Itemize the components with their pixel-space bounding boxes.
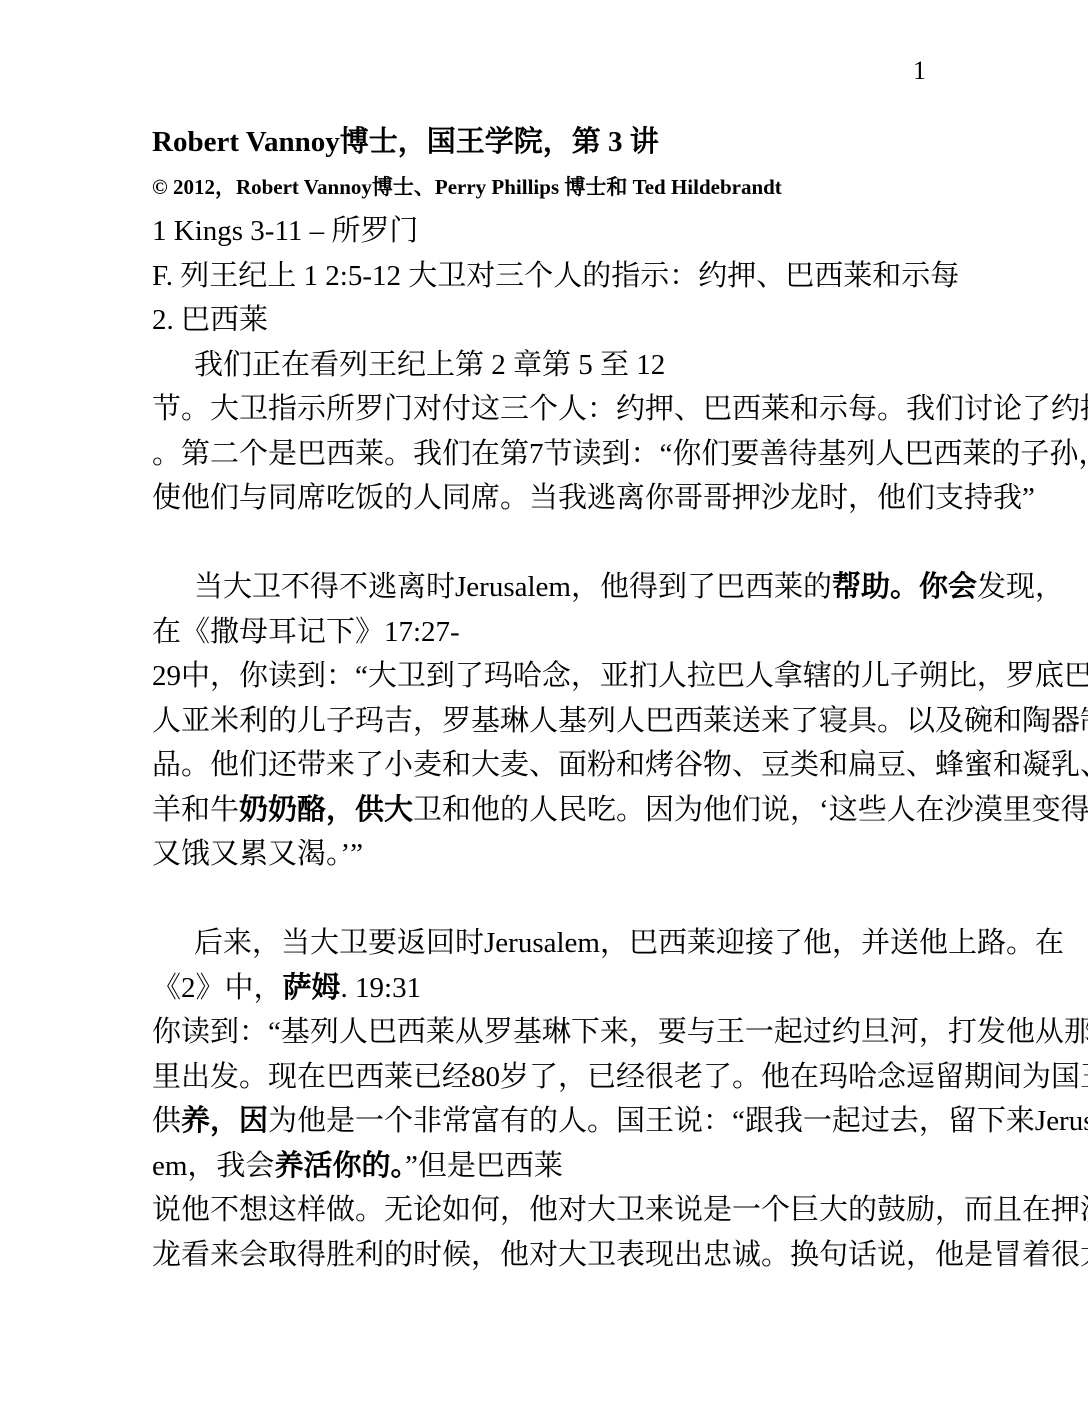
text-run: F. 列王纪上 1 2:5-12 大卫对三个人的指示：约押、巴西莱和示每 xyxy=(152,260,959,292)
text-line: 节。大卫指示所罗门对付这三个人：约押、巴西莱和示每。我们讨论了约押 xyxy=(152,387,932,432)
text-run: 品。他们还带来了小麦和大麦、面粉和烤谷物、豆类和扁豆、蜂蜜和凝乳、 xyxy=(152,749,1088,781)
text-run-bold: 养活你的。 xyxy=(274,1150,405,1182)
text-line: 使他们与同席吃饭的人同席。当我逃离你哥哥押沙龙时，他们支持我” xyxy=(152,476,932,521)
text-line: 《2》中，萨姆. 19:31 xyxy=(152,966,932,1011)
text-run: 人亚米利的儿子玛吉，罗基琳人基列人巴西莱送来了寝具。以及碗和陶器制 xyxy=(152,705,1088,737)
text-run: 我们正在看列王纪上第 2 章第 5 至 12 xyxy=(194,349,665,381)
text-line: 。第二个是巴西莱。我们在第7节读到：“你们要善待基列人巴西莱的子孙， xyxy=(152,432,932,477)
text-run: 供 xyxy=(152,1105,181,1137)
text-line: 后来，当大卫要返回时Jerusalem，巴西莱迎接了他，并送他上路。在 xyxy=(152,921,932,966)
text-run: 1 Kings 3-11 – 所罗门 xyxy=(152,215,418,247)
text-line: 供养，因为他是一个非常富有的人。国王说：“跟我一起过去，留下来Jerusal xyxy=(152,1099,932,1144)
document-page: 1 Robert Vannoy博士，国王学院，第 3 讲© 2012，Rober… xyxy=(0,0,1088,1408)
text-run-bold: © 2012，Robert Vannoy博士、Perry Phillips 博士… xyxy=(152,175,782,199)
text-line: © 2012，Robert Vannoy博士、Perry Phillips 博士… xyxy=(152,165,932,210)
text-run-bold: 萨姆 xyxy=(283,972,341,1004)
text-run: 节。大卫指示所罗门对付这三个人：约押、巴西莱和示每。我们讨论了约押 xyxy=(152,393,1088,425)
text-run: 说他不想这样做。无论如何，他对大卫来说是一个巨大的鼓励，而且在押沙 xyxy=(152,1194,1088,1226)
text-line: em，我会养活你的。”但是巴西莱 xyxy=(152,1144,932,1189)
text-run: 在《撒母耳记下》17:27- xyxy=(152,616,460,648)
text-line: 我们正在看列王纪上第 2 章第 5 至 12 xyxy=(152,343,932,388)
text-run: 2. 巴西莱 xyxy=(152,304,268,336)
text-line: 说他不想这样做。无论如何，他对大卫来说是一个巨大的鼓励，而且在押沙 xyxy=(152,1188,932,1233)
text-run: . 19:31 xyxy=(341,972,422,1004)
text-line: 人亚米利的儿子玛吉，罗基琳人基列人巴西莱送来了寝具。以及碗和陶器制 xyxy=(152,699,932,744)
text-line: 2. 巴西莱 xyxy=(152,298,932,343)
text-run: 里出发。现在巴西莱已经80岁了，已经很老了。他在玛哈念逗留期间为国王 xyxy=(152,1061,1088,1093)
text-run: 使他们与同席吃饭的人同席。当我逃离你哥哥押沙龙时，他们支持我” xyxy=(152,482,1035,514)
text-run: 为他是一个非常富有的人。国王说：“跟我一起过去，留下来Jerusal xyxy=(268,1105,1088,1137)
text-run: 羊和牛 xyxy=(152,794,239,826)
text-line: 品。他们还带来了小麦和大麦、面粉和烤谷物、豆类和扁豆、蜂蜜和凝乳、 xyxy=(152,743,932,788)
blank-line xyxy=(152,521,932,566)
text-line: 龙看来会取得胜利的时候，他对大卫表现出忠诚。换句话说，他是冒着很大 xyxy=(152,1233,932,1278)
text-line: 里出发。现在巴西莱已经80岁了，已经很老了。他在玛哈念逗留期间为国王 xyxy=(152,1055,932,1100)
text-line: 1 Kings 3-11 – 所罗门 xyxy=(152,209,932,254)
text-line: 又饿又累又渴。’” xyxy=(152,832,932,877)
text-line: 当大卫不得不逃离时Jerusalem，他得到了巴西莱的帮助。你会发现， xyxy=(152,565,932,610)
text-run: 又饿又累又渴。’” xyxy=(152,838,363,870)
document-body: Robert Vannoy博士，国王学院，第 3 讲© 2012，Robert … xyxy=(152,120,932,1277)
text-run-bold: 奶奶酪，供大 xyxy=(239,794,413,826)
text-line: F. 列王纪上 1 2:5-12 大卫对三个人的指示：约押、巴西莱和示每 xyxy=(152,254,932,299)
text-run: 卫和他的人民吃。因为他们说，‘这些人在沙漠里变得 xyxy=(413,794,1088,826)
text-line: 你读到：“基列人巴西莱从罗基琳下来，要与王一起过约旦河，打发他从那 xyxy=(152,1010,932,1055)
text-run: 发现， xyxy=(977,571,1064,603)
text-run: 29中，你读到：“大卫到了玛哈念，亚扪人拉巴人拿辖的儿子朔比，罗底巴 xyxy=(152,660,1088,692)
text-run: 当大卫不得不逃离时Jerusalem，他得到了巴西莱的 xyxy=(194,571,832,603)
text-run: ”但是巴西莱 xyxy=(405,1150,563,1182)
text-line: 29中，你读到：“大卫到了玛哈念，亚扪人拉巴人拿辖的儿子朔比，罗底巴 xyxy=(152,654,932,699)
text-line: Robert Vannoy博士，国王学院，第 3 讲 xyxy=(152,120,932,165)
text-line: 在《撒母耳记下》17:27- xyxy=(152,610,932,655)
text-run: 你读到：“基列人巴西莱从罗基琳下来，要与王一起过约旦河，打发他从那 xyxy=(152,1016,1088,1048)
text-line: 羊和牛奶奶酪，供大卫和他的人民吃。因为他们说，‘这些人在沙漠里变得 xyxy=(152,788,932,833)
blank-line xyxy=(152,877,932,922)
text-run-bold: 养，因 xyxy=(181,1105,268,1137)
page-number: 1 xyxy=(913,55,926,87)
text-run-bold: Robert Vannoy博士，国王学院，第 3 讲 xyxy=(152,126,659,158)
text-run: 《2》中， xyxy=(152,972,283,1004)
text-run-bold: 帮助。你会 xyxy=(832,571,977,603)
text-run: 龙看来会取得胜利的时候，他对大卫表现出忠诚。换句话说，他是冒着很大 xyxy=(152,1239,1088,1271)
text-run: 后来，当大卫要返回时Jerusalem，巴西莱迎接了他，并送他上路。在 xyxy=(194,927,1064,959)
text-run: em，我会 xyxy=(152,1150,274,1182)
text-run: 。第二个是巴西莱。我们在第7节读到：“你们要善待基列人巴西莱的子孙， xyxy=(152,438,1088,470)
